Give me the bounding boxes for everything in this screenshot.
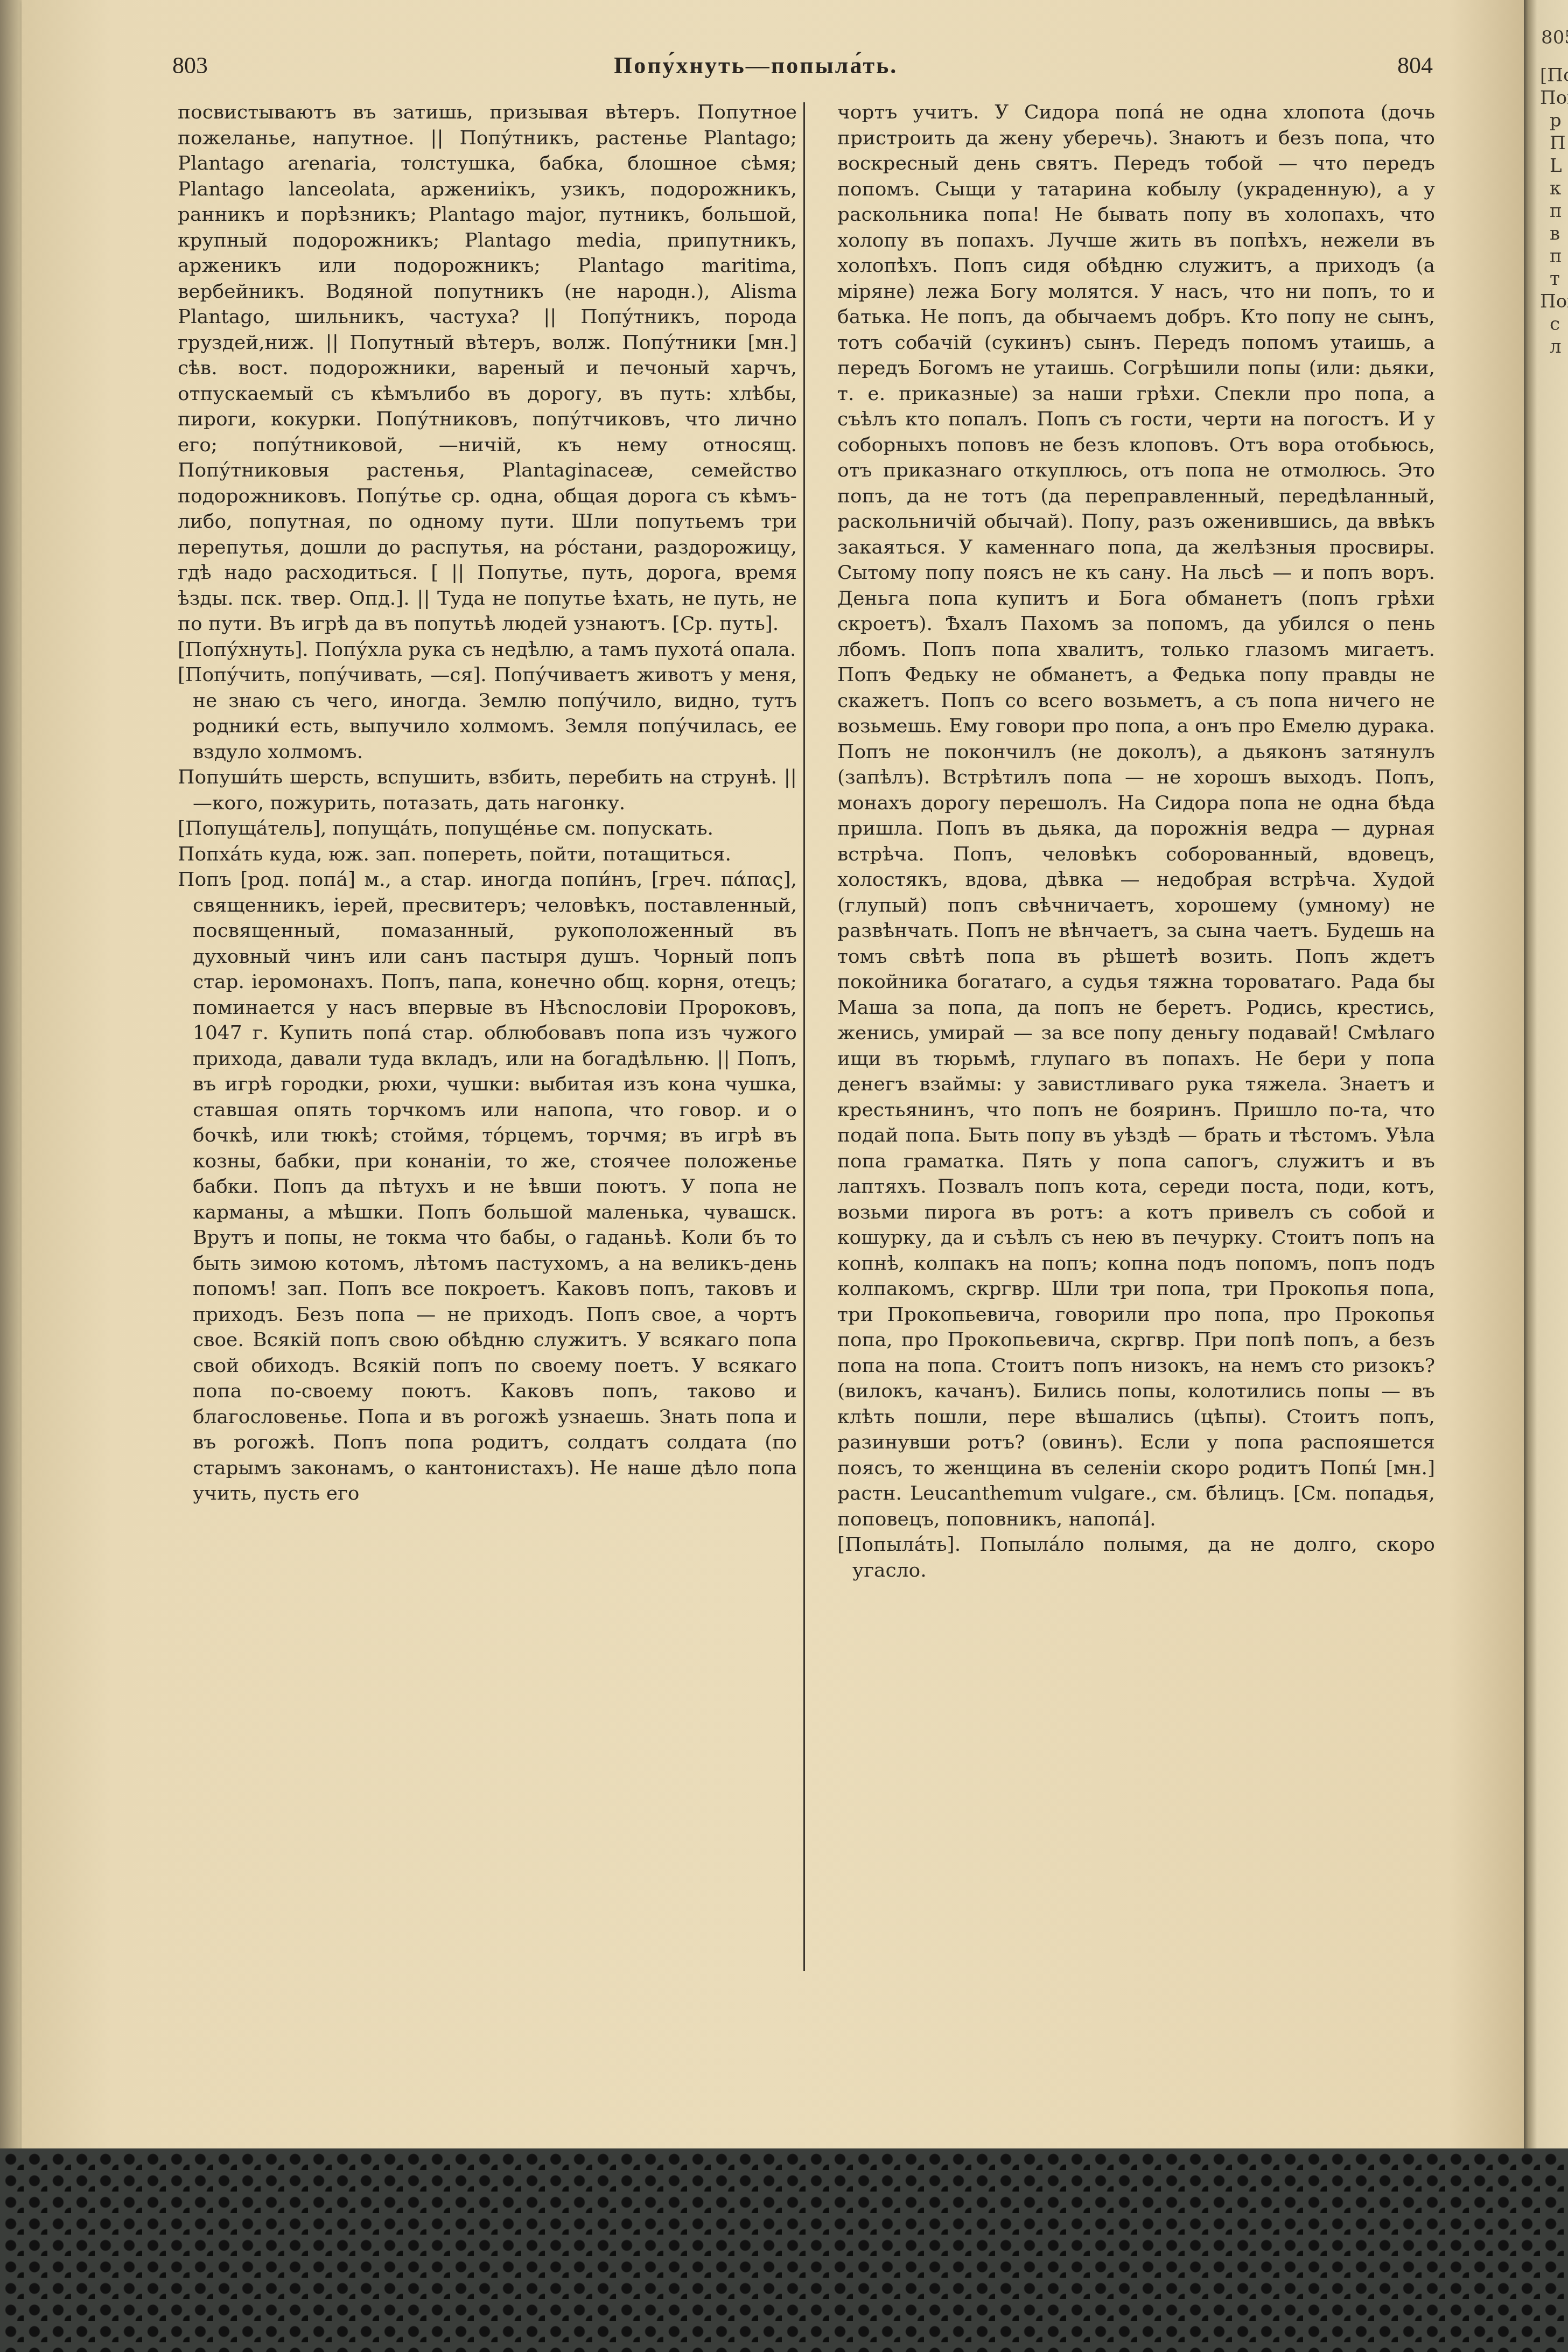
running-title: Попу́хнуть—попыла́ть. (614, 52, 898, 79)
adjacent-fragment: п (1550, 246, 1562, 267)
adjacent-fragment: в (1550, 223, 1560, 244)
dictionary-entry: Попуши́ть шерсть, вспушить, взбить, пере… (178, 765, 797, 816)
adjacent-page-edge: 805 [Поп Поп р П L к п в п т Поп с л (1524, 0, 1568, 2352)
book-gutter (0, 0, 22, 2170)
adjacent-fragment: Поп (1540, 291, 1568, 312)
adjacent-fragment: [Поп (1540, 65, 1568, 86)
entry-continuation: посвистываютъ въ затишь, призывая вѣтеръ… (178, 100, 797, 637)
entry-continuation: чортъ учитъ. У Сидора попа́ не одна хлоп… (837, 100, 1435, 1532)
background-mat (0, 2148, 1568, 2352)
adjacent-fragment: Поп (1540, 87, 1568, 109)
left-column: посвистываютъ въ затишь, призывая вѣтеръ… (178, 100, 797, 1507)
adjacent-fragment: т (1550, 268, 1560, 290)
dictionary-entry: Попха́ть куда, юж. зап. попереть, пойти,… (178, 842, 797, 867)
adjacent-page-number: 805 (1541, 27, 1568, 48)
dictionary-entry: [Попыла́ть]. Попыла́ло полымя, да не дол… (837, 1532, 1435, 1583)
dictionary-entry: [Попу́чить, попу́чивать, —ся]. Попу́чива… (178, 662, 797, 765)
right-page-number: 804 (1397, 52, 1433, 79)
adjacent-fragment: п (1550, 200, 1562, 222)
adjacent-fragment: к (1550, 178, 1561, 199)
right-column: чортъ учитъ. У Сидора попа́ не одна хлоп… (837, 100, 1435, 1583)
adjacent-fragment: L (1550, 155, 1562, 177)
adjacent-fragment: л (1550, 336, 1562, 358)
adjacent-fragment: с (1550, 313, 1560, 335)
column-divider (803, 102, 805, 1971)
dictionary-entry: Попъ [род. попа́] м., а стар. иногда поп… (178, 867, 797, 1507)
dictionary-entry: [Попу́хнуть]. Попу́хла рука съ недѣлю, а… (178, 637, 797, 663)
dictionary-entry: [Попуща́тель], попуща́ть, попуще́нье см.… (178, 816, 797, 842)
left-page-number: 803 (172, 52, 208, 79)
adjacent-fragment: р (1550, 110, 1562, 131)
adjacent-fragment: П (1550, 132, 1566, 154)
